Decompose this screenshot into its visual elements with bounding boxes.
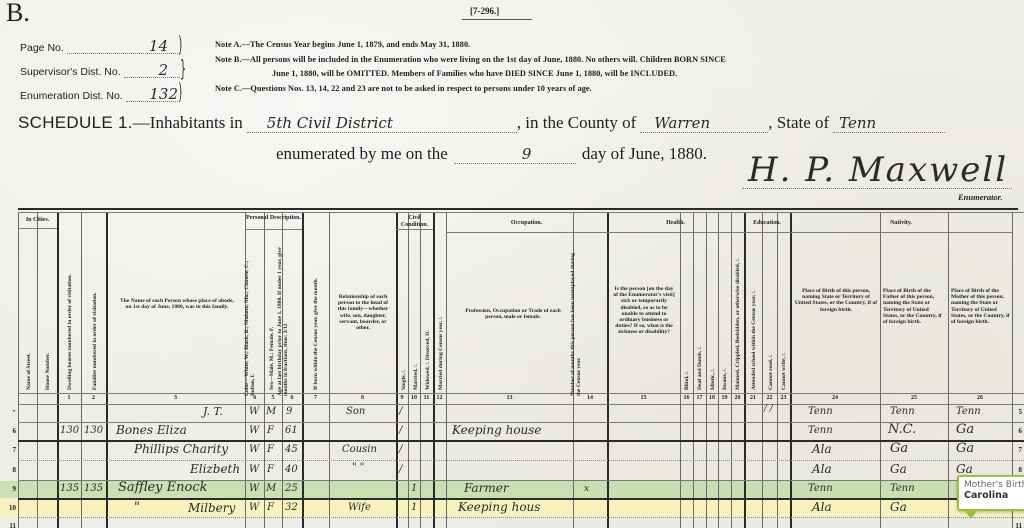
family-cell: 130 xyxy=(84,425,103,436)
page-number-label: Page No. xyxy=(20,42,64,54)
birthplace-cell: Tenn xyxy=(808,406,833,417)
relationship-cell: Cousin xyxy=(342,444,377,455)
mother-birthplace-cell: Ga xyxy=(956,462,973,476)
column-number: 5 xyxy=(264,395,282,401)
row-number: 10 xyxy=(4,504,16,512)
header-maimed: Maimed, Crippled, Bedridden, or otherwis… xyxy=(735,258,741,390)
column-number: 16 xyxy=(680,395,693,401)
inhabitants-label: —Inhabitants in xyxy=(133,113,243,133)
father-birthplace-cell: Ga xyxy=(890,500,907,514)
group-personal-description: Personal Description. xyxy=(245,215,302,222)
tooltip-pointer xyxy=(964,510,978,519)
color-cell: W xyxy=(249,406,259,417)
day-suffix: day of June, 1880. xyxy=(582,144,707,164)
sex-cell: F xyxy=(267,502,274,513)
header-age: Age at last birthday prior to June 1, 18… xyxy=(277,246,289,396)
schedule-title: SCHEDULE 1. xyxy=(18,113,133,133)
group-civil-condition: Civil Condition. xyxy=(396,215,433,229)
header-blind: Blind, /. xyxy=(684,371,690,390)
header-birth-father: Place of Birth of the Father of this per… xyxy=(883,288,945,325)
header-married: Married, /. xyxy=(413,364,419,390)
signature-rule xyxy=(742,188,1012,189)
occupation-cell: Farmer xyxy=(464,481,509,495)
father-birthplace-cell: Tenn xyxy=(890,483,915,494)
color-cell: W xyxy=(249,425,259,436)
county-field: Warren xyxy=(640,115,768,133)
row-number: 7 xyxy=(4,446,16,454)
column-number: 13 xyxy=(446,395,573,401)
row-number-right: 7 xyxy=(1019,446,1023,454)
census-page: B. [7-296.] Page No. 14 Supervisor's Dis… xyxy=(0,0,1024,528)
column-number: 9 xyxy=(396,395,408,401)
father-birthplace-cell: Ga xyxy=(890,462,907,476)
header-cannot-write: Cannot write, /. xyxy=(781,353,787,390)
dwelling-cell: 130 xyxy=(60,425,79,436)
supervisor-district-value: 2 xyxy=(158,61,168,79)
unemployed-cell: x xyxy=(584,484,589,494)
header-family: Families numbered in order of visitation… xyxy=(92,292,98,390)
name-cell: Bones Eliza xyxy=(116,423,187,437)
page-number-value: 14 xyxy=(149,37,168,55)
school-cell: / / xyxy=(764,404,773,414)
age-cell: 45 xyxy=(285,444,298,455)
row-number-right: 5 xyxy=(1019,408,1023,416)
group-nativity: Nativity. xyxy=(790,220,1012,226)
column-number: 2 xyxy=(81,395,106,401)
column-number: 15 xyxy=(607,395,680,401)
column-number: 21 xyxy=(744,395,762,401)
age-cell: 9 xyxy=(286,406,292,417)
column-number: 8 xyxy=(329,395,396,401)
tooltip-label: Mother's Birthplace xyxy=(964,480,1024,490)
relationship-cell: Wife xyxy=(348,502,371,513)
column-number: 12 xyxy=(433,395,446,401)
birthplace-cell: Tenn xyxy=(808,483,833,494)
district-value: 5th Civil District xyxy=(267,114,393,132)
relationship-cell: " " xyxy=(352,462,364,473)
father-birthplace-cell: Ga xyxy=(890,441,908,456)
header-insane: Insane, /. xyxy=(722,368,728,390)
header-sex: Sex—Male, M.; Female, F. xyxy=(269,327,275,390)
state-field: Tenn xyxy=(833,115,945,133)
father-birthplace-cell: N.C. xyxy=(888,422,916,437)
column-number: 1 xyxy=(57,395,81,401)
sex-cell: F xyxy=(267,464,274,475)
note-b-line2: June 1, 1880, will be OMITTED. Members o… xyxy=(272,69,677,78)
header-color: Color—White, W.; Black, B.; Mulatto, Mu.… xyxy=(244,246,256,396)
day-field: 9 xyxy=(454,146,576,164)
row-number: 6 xyxy=(4,427,16,435)
column-number: 11 xyxy=(420,395,433,401)
dwelling-cell: 135 xyxy=(60,483,79,494)
header-street: Name of Street. xyxy=(26,353,32,390)
single-cell: / xyxy=(399,425,402,436)
header-birth-mother: Place of Birth of the Mother of this per… xyxy=(951,288,1011,325)
note-c: Note C.—Questions Nos. 13, 14, 22 and 23… xyxy=(215,84,592,93)
birthplace-cell: Ala xyxy=(812,462,832,476)
row-number-right: 6 xyxy=(1019,427,1023,435)
header-single: Single, /. xyxy=(401,370,407,390)
header-unemployed: Number of months this person has been un… xyxy=(570,246,582,396)
column-number: 18 xyxy=(706,395,718,401)
birthplace-cell: Ala xyxy=(812,500,832,514)
field-tooltip: Mother's Birthplace Carolina xyxy=(957,475,1024,511)
age-cell: 25 xyxy=(285,483,298,494)
single-cell: / xyxy=(399,444,402,455)
father-birthplace-cell: Tenn xyxy=(890,406,915,417)
district-field: 5th Civil District xyxy=(247,115,517,133)
column-number: 24 xyxy=(790,395,880,401)
column-number: 19 xyxy=(718,395,731,401)
column-number: 10 xyxy=(408,395,420,401)
brace-mark: ) xyxy=(178,33,182,58)
header-idiotic: Idiotic, /. xyxy=(710,369,716,390)
name-cell: Saffley Enock xyxy=(118,480,208,495)
header-widowed: Widowed, /. Divorced, D. xyxy=(425,330,431,390)
county-value: Warren xyxy=(654,114,710,132)
note-a: Note A.—The Census Year begins June 1, 1… xyxy=(215,40,470,49)
birthplace-cell: Tenn xyxy=(808,425,833,436)
occupation-cell: Keeping hous xyxy=(458,500,540,514)
column-number: 23 xyxy=(777,395,790,401)
row-number: 11 xyxy=(4,522,16,528)
row-number: 8 xyxy=(4,466,16,474)
column-number: 25 xyxy=(880,395,948,401)
header-cannot-read: Cannot read, /. xyxy=(768,354,774,390)
state-value: Tenn xyxy=(839,114,876,132)
single-cell: / xyxy=(399,464,402,475)
census-table: In Cities. Personal Description. Civil C… xyxy=(18,212,1024,528)
column-number: 17 xyxy=(693,395,706,401)
married-cell: 1 xyxy=(411,502,417,513)
header-born-month: If born within the Census year, give the… xyxy=(313,278,319,390)
enumeration-district-value: 132 xyxy=(149,85,178,103)
mother-birthplace-cell: Ga xyxy=(956,441,974,456)
state-label: , State of xyxy=(768,113,829,133)
column-number: 26 xyxy=(948,395,1012,401)
age-cell: 32 xyxy=(285,502,298,513)
header-dwelling: Dwelling houses numbered in order of vis… xyxy=(67,274,73,390)
single-cell: / xyxy=(399,406,402,417)
ditto-mark: " xyxy=(134,500,140,515)
age-cell: 40 xyxy=(285,464,298,475)
header-name: The Name of each Person whose place of a… xyxy=(118,298,236,310)
header-rule xyxy=(18,208,1018,210)
day-value: 9 xyxy=(522,145,532,163)
column-number: 22 xyxy=(762,395,777,401)
color-cell: W xyxy=(249,483,259,494)
group-in-cities: In Cities. xyxy=(18,217,57,223)
color-cell: W xyxy=(249,444,259,455)
header-relationship: Relationship of each person to the head … xyxy=(334,294,392,331)
header-birth-person: Place of Birth of this person, naming St… xyxy=(794,288,878,313)
form-letter: B. xyxy=(6,0,30,28)
header-profession: Profession, Occupation or Trade of each … xyxy=(458,308,568,320)
enumeration-district-label: Enumeration Dist. No. xyxy=(20,90,123,102)
name-cell: Elizbeth xyxy=(190,462,240,476)
enumerated-line: enumerated by me on the 9 day of June, 1… xyxy=(276,144,707,164)
group-occupation: Occupation. xyxy=(446,220,607,226)
column-number: 4 xyxy=(245,395,264,401)
color-cell: W xyxy=(249,502,259,513)
enumerator-label: Enumerator. xyxy=(958,192,1003,202)
header-deaf: Deaf and Dumb, /. xyxy=(697,346,703,390)
family-cell: 135 xyxy=(84,483,103,494)
group-education: Education. xyxy=(744,220,790,226)
form-code: [7-296.] xyxy=(470,6,499,16)
header-sickness: Is the person [on the day of the Enumera… xyxy=(612,286,676,336)
form-code-rule xyxy=(462,19,532,20)
sex-cell: F xyxy=(267,444,274,455)
column-number: 6 xyxy=(282,395,302,401)
supervisor-district-label: Supervisor's Dist. No. xyxy=(20,66,121,78)
supervisor-district-field: Supervisor's Dist. No. 2 xyxy=(20,62,180,78)
column-number: 7 xyxy=(302,395,329,401)
row-number-right: 11 xyxy=(1015,522,1022,528)
relationship-cell: Son xyxy=(346,406,365,417)
row-number-right: 8 xyxy=(1019,466,1023,474)
header-attended-school: Attended school within the Census year, … xyxy=(751,290,757,390)
brace-mark: } xyxy=(180,57,186,82)
enumeration-district-field: Enumeration Dist. No. 132 xyxy=(20,86,180,102)
row-number: " xyxy=(4,409,16,417)
schedule-line: SCHEDULE 1. —Inhabitants in 5th Civil Di… xyxy=(18,113,945,133)
column-number: 14 xyxy=(573,395,607,401)
age-cell: 61 xyxy=(285,425,298,436)
tooltip-value: Carolina xyxy=(964,490,1024,501)
header-house: House Number. xyxy=(45,353,51,390)
birthplace-cell: Ala xyxy=(812,442,832,456)
header-married-year: Married during Census year, /. xyxy=(438,317,444,390)
color-cell: W xyxy=(249,464,259,475)
sex-cell: M xyxy=(266,483,276,494)
note-b-line1: Note B.—All persons will be included in … xyxy=(215,55,726,64)
occupation-cell: Keeping house xyxy=(452,423,542,437)
name-cell: J. T. xyxy=(203,405,223,418)
column-number: 20 xyxy=(731,395,744,401)
enumerated-label: enumerated by me on the xyxy=(276,144,448,164)
county-label: , in the County of xyxy=(517,113,636,133)
married-cell: 1 xyxy=(411,483,417,494)
group-health: Health. xyxy=(607,220,744,226)
mother-birthplace-cell: Tenn xyxy=(956,406,981,417)
sex-cell: M xyxy=(266,406,276,417)
page-number-field: Page No. 14 xyxy=(20,38,180,54)
brace-mark: ) xyxy=(178,80,182,105)
name-cell: Milbery xyxy=(188,501,235,515)
mother-birthplace-cell: Ga xyxy=(956,422,974,437)
column-number: 3 xyxy=(106,395,245,401)
sex-cell: F xyxy=(267,425,274,436)
name-cell: Phillips Charity xyxy=(134,442,228,456)
row-number: 9 xyxy=(4,485,16,493)
enumerator-signature: H. P. Maxwell xyxy=(748,150,1008,190)
